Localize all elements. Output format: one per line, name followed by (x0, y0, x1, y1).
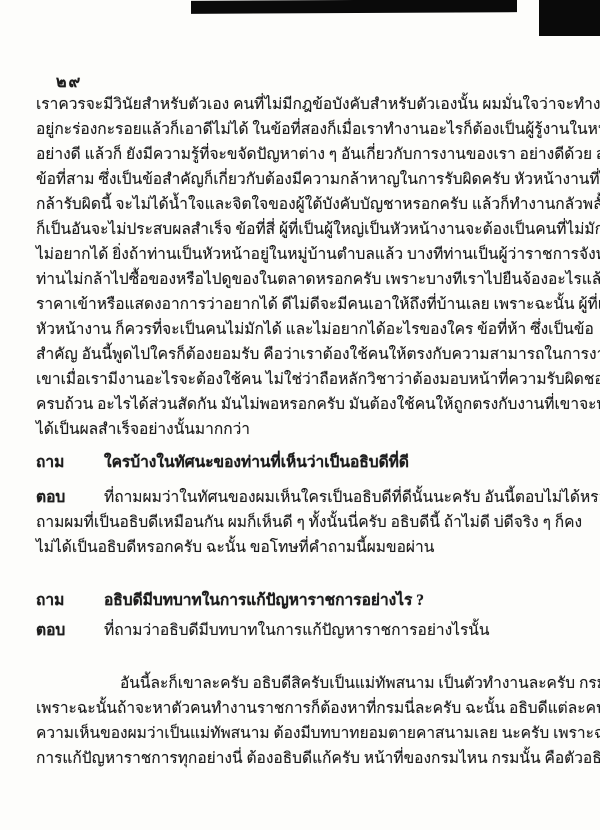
scanned-document-page: ๒๙ เราควรจะมีวินัยสำหรับตัวเอง คนที่ไม่ม… (0, 0, 600, 830)
answer-label: ตอบ (36, 485, 104, 510)
text-line: การแก้ปัญหาราชการทุกอย่างนี่ ต้องอธิบดีแ… (36, 746, 569, 771)
text-line: ถามผมที่เป็นอธิบดีเหมือนกัน ผมก็เห็นดี ๆ… (36, 510, 569, 535)
question-label: ถาม (36, 450, 104, 475)
text-line: หัวหน้างาน ก็ควรที่จะเป็นคนไม่มักได้ และ… (36, 317, 569, 342)
text-line: ความเห็นของผมว่าเป็นแม่ทัพสนาม ต้องมีบทบ… (36, 721, 569, 746)
text-line: สำคัญ อันนี้พูดไปใครก็ต้องยอมรับ คือว่าเ… (36, 342, 569, 367)
text-line: ก็เป็นอันจะไม่ประสบผลสำเร็จ ข้อที่สี่ ผู… (36, 217, 569, 242)
closing-paragraph: อันนี้ละก็เขาละครับ อธิบดีสิครับเป็นแม่ท… (36, 671, 569, 771)
text-line: อันนี้ละก็เขาละครับ อธิบดีสิครับเป็นแม่ท… (36, 671, 569, 696)
text-line: อยู่กะร่องกะรอยแล้วก็เอาดีไม่ได้ ในข้อที… (36, 117, 569, 142)
main-paragraph: เราควรจะมีวินัยสำหรับตัวเอง คนที่ไม่มีกฎ… (36, 92, 569, 442)
text-line: ไม่อยากได้ ยิ่งถ้าท่านเป็นหัวหน้าอยู่ในห… (36, 242, 569, 267)
text-line: ราคาเข้าหรือแสดงอาการว่าอยากได้ ดีไม่ดีจ… (36, 292, 569, 317)
answer-1: ตอบ ที่ถามผมว่าในทัศนของผมเห็นใครเป็นอธิ… (36, 485, 569, 510)
answer-text: ที่ถามว่าอธิบดีมีบทบาทในการแก้ปัญหาราชกา… (104, 618, 569, 643)
scan-artifact-corner-block (539, 0, 600, 36)
question-text: ใครบ้างในทัศนะของท่านที่เห็นว่าเป็นอธิบด… (104, 450, 569, 475)
text-line: ไม่ได้เป็นอธิบดีหรอกครับ ฉะนั้น ขอโทษที่… (36, 535, 569, 560)
question-label: ถาม (36, 588, 104, 613)
question-text: อธิบดีมีบทบาทในการแก้ปัญหาราชการอย่างไร … (104, 588, 569, 613)
text-line: ได้เป็นผลสำเร็จอย่างนั้นมากกว่า (36, 417, 569, 442)
question-1: ถาม ใครบ้างในทัศนะของท่านที่เห็นว่าเป็นอ… (36, 450, 569, 475)
text-line: เขาเมื่อเรามีงานอะไรจะต้องใช้คน ไม่ใช่ว่… (36, 367, 569, 392)
text-line: อย่างดี แล้วก็ ยังมีความรู้ที่จะขจัดปัญห… (36, 142, 569, 167)
answer-text: ที่ถามผมว่าในทัศนของผมเห็นใครเป็นอธิบดีท… (104, 485, 600, 510)
scan-artifact-top-bar (191, 0, 517, 14)
text-line: กล้ารับผิดนี้ จะไม่ได้น้ำใจและจิตใจของผู… (36, 192, 569, 217)
text-line: ท่านไม่กล้าไปซื้อของหรือไปดูของในตลาดหรอ… (36, 267, 569, 292)
answer-label: ตอบ (36, 618, 104, 643)
answer-1-continuation: ถามผมที่เป็นอธิบดีเหมือนกัน ผมก็เห็นดี ๆ… (36, 510, 569, 560)
text-line: ครบถ้วน อะไรได้ส่วนสัดกัน มันไม่พอหรอกคร… (36, 392, 569, 417)
text-line: ข้อที่สาม ซึ่งเป็นข้อสำคัญก็เกี่ยวกับต้อ… (36, 167, 569, 192)
question-2: ถาม อธิบดีมีบทบาทในการแก้ปัญหาราชการอย่า… (36, 588, 569, 613)
text-line: เราควรจะมีวินัยสำหรับตัวเอง คนที่ไม่มีกฎ… (36, 92, 569, 117)
answer-2: ตอบ ที่ถามว่าอธิบดีมีบทบาทในการแก้ปัญหาร… (36, 618, 569, 643)
text-line: เพราะฉะนั้นถ้าจะหาตัวคนทำงานราชการก็ต้อง… (36, 696, 569, 721)
